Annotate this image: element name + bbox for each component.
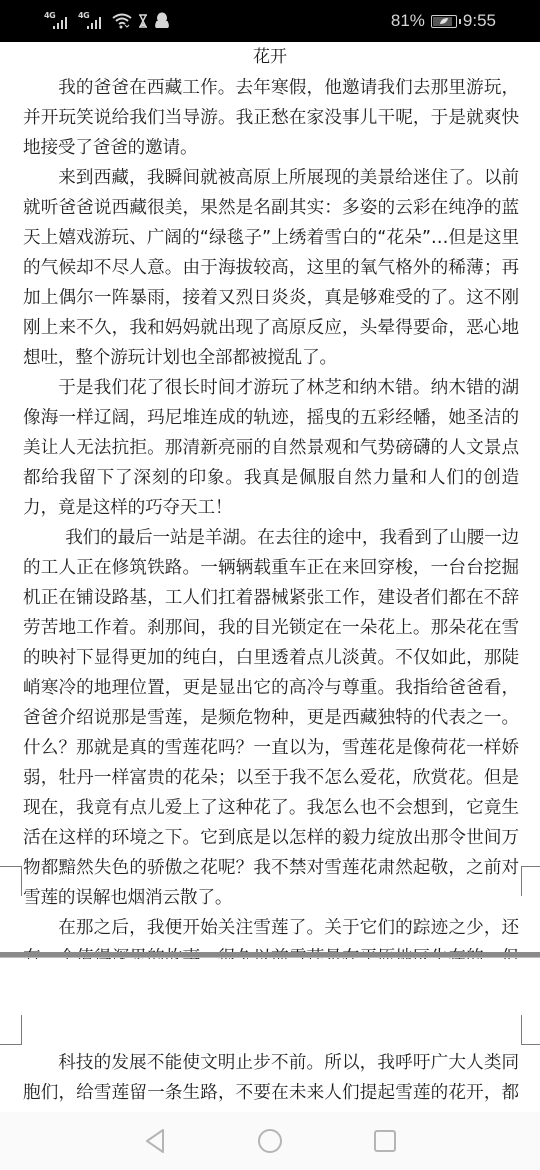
signal-4g-sim2-icon: 4G bbox=[78, 11, 106, 31]
crop-mark-top-right bbox=[521, 866, 540, 896]
paragraph: 我的爸爸在西藏工作。去年寒假，他邀请我们去那里游玩，并开玩笑说给我们当导游。我正… bbox=[23, 73, 519, 163]
qq-penguin-icon bbox=[154, 12, 170, 30]
crop-mark-bottom-right bbox=[521, 1015, 540, 1045]
paragraph: 来到西藏，我瞬间就被高原上所展现的美景给迷住了。以前就听爸爸说西藏很美，果然是名… bbox=[23, 163, 519, 373]
crop-mark-top-left bbox=[0, 866, 22, 896]
signal-4g-sim1-icon: 4G bbox=[44, 11, 72, 31]
status-bar: 4G 4G bbox=[0, 0, 540, 42]
hourglass-icon bbox=[138, 14, 148, 28]
wifi-icon bbox=[112, 13, 132, 29]
back-triangle-icon bbox=[143, 1128, 167, 1154]
crop-mark-bottom-left bbox=[0, 1015, 22, 1045]
navigation-bar bbox=[0, 1112, 540, 1170]
status-left-icons: 4G 4G bbox=[44, 10, 170, 32]
screen: 4G 4G bbox=[0, 0, 540, 1170]
paragraph: 我们的最后一站是羊湖。在去往的途中，我看到了山腰一边的工人正在修筑铁路。一辆辆载… bbox=[23, 523, 519, 913]
home-button[interactable] bbox=[255, 1126, 285, 1156]
page-separator bbox=[0, 952, 540, 958]
battery-charging-icon bbox=[431, 15, 457, 28]
paragraph: 于是我们花了很长时间才游玩了林芝和纳木错。纳木错的湖像海一样辽阔，玛尼堆连成的轨… bbox=[23, 373, 519, 523]
document-page-2[interactable]: 科技的发展不能使文明止步不前。所以，我呼吁广大人类同胞们，给雪莲留一条生路，不要… bbox=[0, 959, 540, 1112]
recents-square-icon bbox=[373, 1129, 397, 1153]
document-page-1[interactable]: 花开 我的爸爸在西藏工作。去年寒假，他邀请我们去那里游玩，并开玩笑说给我们当导游… bbox=[0, 42, 540, 952]
recents-button[interactable] bbox=[370, 1126, 400, 1156]
clock-time: 9:55 bbox=[463, 11, 496, 31]
document-title: 花开 bbox=[0, 46, 540, 68]
home-circle-icon bbox=[257, 1128, 283, 1154]
battery-percent: 81% bbox=[391, 11, 425, 31]
document-body-page-1: 我的爸爸在西藏工作。去年寒假，他邀请我们去那里游玩，并开玩笑说给我们当导游。我正… bbox=[23, 73, 519, 1093]
back-button[interactable] bbox=[140, 1126, 170, 1156]
status-right-area: 81% 9:55 bbox=[391, 9, 496, 33]
